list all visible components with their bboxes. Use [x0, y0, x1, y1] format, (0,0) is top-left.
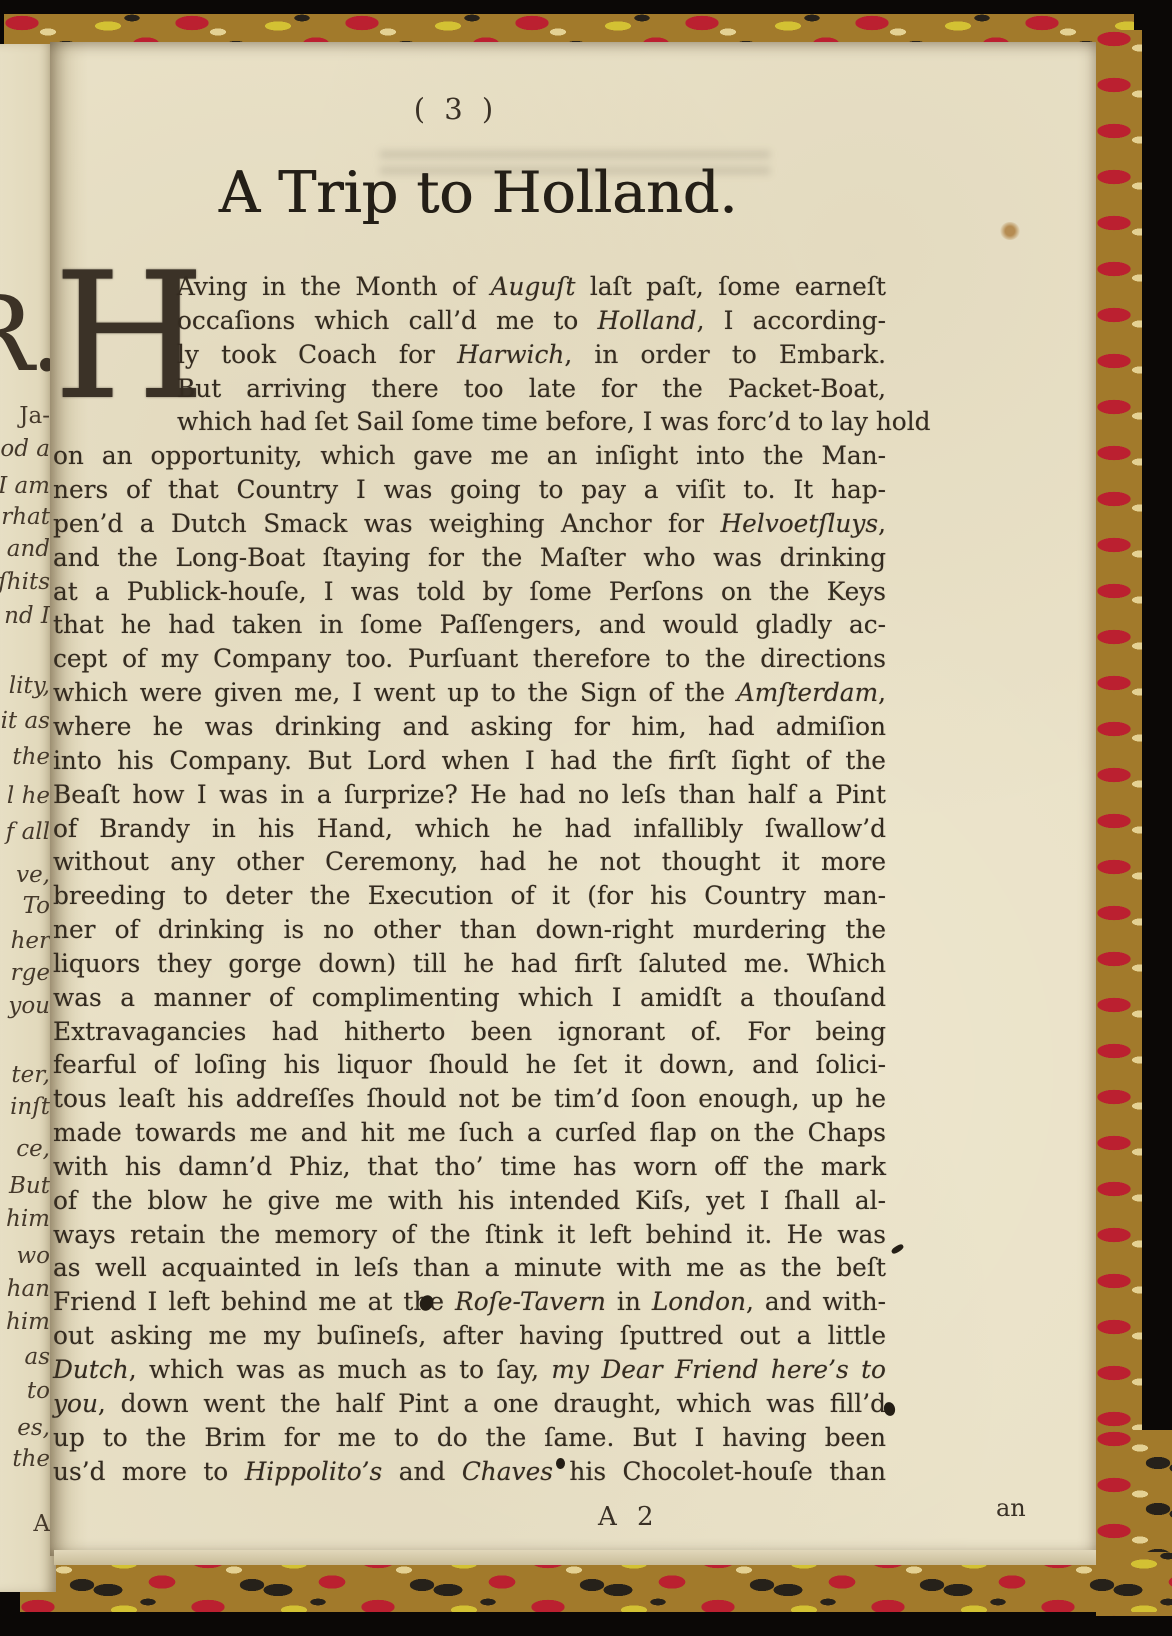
text-line: tous leaſt his addreſſes ſhould not be t… [53, 1082, 886, 1116]
text-line: where he was drinking and asking for him… [53, 710, 886, 744]
margin-fragment: rhat [1, 506, 50, 529]
margin-fragment: him [6, 1208, 50, 1231]
text-line: on an opportunity, which gave me an inſi… [53, 439, 886, 473]
text-line: cept of my Company too. Purſuant therefo… [53, 642, 886, 676]
signature-mark: A 2 [598, 1502, 654, 1532]
margin-fragment: ter, [11, 1064, 50, 1087]
margin-fragment: od a [0, 438, 50, 461]
margin-fragment: han [7, 1278, 50, 1301]
text-line: Aving in the Month of Auguſt laſt paſt, … [53, 270, 886, 304]
text-line: of Brandy in his Hand, which he had infa… [53, 812, 886, 846]
facing-page-initial: R. [0, 282, 56, 386]
marbled-board-right [1096, 30, 1142, 1560]
text-line: ner of drinking is no other than down-ri… [53, 913, 886, 947]
margin-fragment: lity, [9, 675, 50, 698]
margin-fragment: ſhits [0, 571, 50, 594]
book-scan: R. Ja-od aI amrhatandſhitsnd Ility,it as… [0, 0, 1172, 1636]
text-line: made towards me and hit me ſuch a curſed… [53, 1116, 886, 1150]
margin-fragment: ve, [16, 864, 50, 887]
text-line: Extravagancies had hitherto been ignoran… [53, 1015, 886, 1049]
margin-fragment: her [11, 930, 50, 953]
margin-fragment: A [33, 1513, 50, 1536]
margin-fragment: wo [16, 1245, 50, 1268]
text-line: into his Company. But Lord when I had th… [53, 744, 886, 778]
drop-cap: H [53, 274, 177, 408]
margin-fragment: him [6, 1311, 50, 1334]
ink-speck [556, 1458, 565, 1469]
book-page: ( 3 ) A Trip to Holland. H Aving in the … [50, 42, 1096, 1556]
chapter-title: A Trip to Holland. [50, 160, 906, 226]
text-line: you, down went the half Pint a one draug… [53, 1387, 886, 1421]
text-line: But arriving there too late for the Pack… [53, 372, 886, 406]
margin-fragment: the [12, 746, 50, 769]
text-line: pen’d a Dutch Smack was weighing Anchor … [53, 507, 886, 541]
text-line: breeding to deter the Execution of it (f… [53, 879, 886, 913]
margin-fragment: the [12, 1448, 50, 1471]
text-lines: Aving in the Month of Auguſt laſt paſt, … [53, 270, 886, 1488]
margin-fragment: But [9, 1175, 50, 1198]
text-line: that he had taken in ſome Paſſengers, an… [53, 608, 886, 642]
margin-fragment: To [23, 895, 50, 918]
body-text: H Aving in the Month of Auguſt laſt paſt… [53, 270, 886, 1488]
margin-fragment: inſt [10, 1096, 50, 1119]
text-line: Friend I left behind me at the Roſe-Tave… [53, 1285, 886, 1319]
text-line: us’d more to Hippolito’s and Chaves his … [53, 1455, 886, 1489]
paper-stain [1000, 222, 1020, 240]
text-line: with his damn’d Phiz, that tho’ time has… [53, 1150, 886, 1184]
catchword: an [996, 1494, 1026, 1522]
margin-fragment: nd I [4, 605, 50, 628]
margin-fragment: l he [7, 785, 50, 808]
text-line: ners of that Country I was going to pay … [53, 473, 886, 507]
margin-fragment: it as [1, 710, 50, 733]
margin-fragment: es, [17, 1417, 50, 1440]
text-line: without any other Ceremony, had he not t… [53, 845, 886, 879]
text-line: fearful of loſing his liquor ſhould he ſ… [53, 1048, 886, 1082]
text-line: which were given me, I went up to the Si… [53, 676, 886, 710]
text-line: Dutch, which was as much as to ſay, my D… [53, 1353, 886, 1387]
margin-fragment: and [7, 538, 50, 561]
margin-fragment: I am [0, 475, 50, 498]
text-line: out asking me my buſineſs, after having … [53, 1319, 886, 1353]
text-line: up to the Brim for me to do the ſame. Bu… [53, 1421, 886, 1455]
facing-page-edge: R. Ja-od aI amrhatandſhitsnd Ility,it as… [0, 44, 56, 1592]
text-line: at a Publick-houſe, I was told by ſome P… [53, 575, 886, 609]
page-fore-edge [54, 1550, 1096, 1565]
margin-fragment: Ja- [19, 405, 50, 428]
margin-fragment: to [27, 1380, 50, 1403]
margin-fragment: you [8, 995, 50, 1018]
text-line: liquors they gorge down) till he had fir… [53, 947, 886, 981]
text-line: ly took Coach for Harwich, in order to E… [53, 338, 886, 372]
text-line: of the blow he give me with his intended… [53, 1184, 886, 1218]
margin-fragment: ce, [16, 1138, 50, 1161]
text-line: occaſions which call’d me to Holland, I … [53, 304, 886, 338]
margin-fragment: rge [11, 962, 50, 985]
margin-fragment: as [24, 1346, 50, 1369]
text-line: was a manner of complimenting which I am… [53, 981, 886, 1015]
text-line: ways retain the memory of the ſtink it l… [53, 1218, 886, 1252]
margin-fragment: f all [6, 821, 50, 844]
text-line: Beaſt how I was in a ſurprize? He had no… [53, 778, 886, 812]
page-number: ( 3 ) [50, 92, 862, 126]
text-line: as well acquainted in leſs than a minute… [53, 1251, 886, 1285]
text-line: and the Long-Boat ſtaying for the Maſter… [53, 541, 886, 575]
text-line: which had ſet Sail ſome time before, I w… [53, 405, 886, 439]
